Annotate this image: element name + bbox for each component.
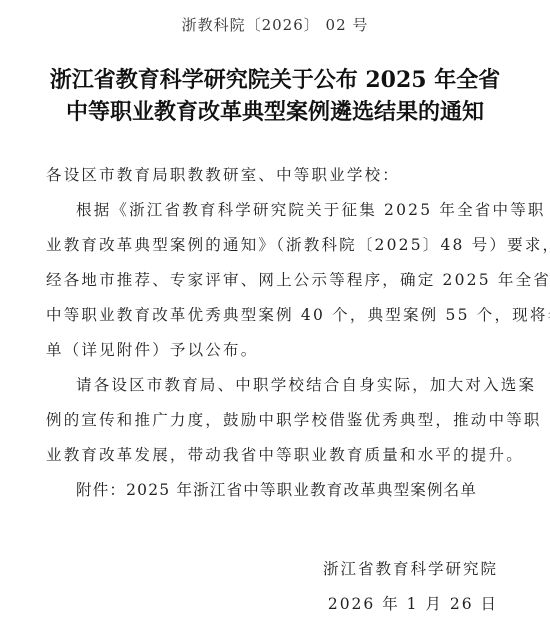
paragraph-2-line: 例的宣传和推广力度，鼓励中职学校借鉴优秀典型，推动中等职 (46, 408, 508, 430)
document-number: 浙教科院〔2026〕 02 号 (0, 14, 550, 35)
paragraph-1-line: 业教育改革典型案例的通知》（浙教科院〔2025〕48 号）要求， (46, 233, 508, 255)
paragraph-1-line: 根据《浙江省教育科学研究院关于征集 2025 年全省中等职 (76, 198, 508, 220)
paragraph-2-line: 业教育改革发展，带动我省中等职业教育质量和水平的提升。 (46, 443, 508, 465)
attachment-note: 附件：2025 年浙江省中等职业教育改革典型案例名单 (76, 478, 508, 500)
title-line-1: 浙江省教育科学研究院关于公布 2025 年全省 (0, 64, 550, 96)
signature-organization: 浙江省教育科学研究院 (323, 557, 498, 579)
paragraph-1-line: 单（详见附件）予以公布。 (46, 338, 508, 360)
paragraph-1-line: 经各地市推荐、专家评审、网上公示等程序，确定 2025 年全省 (46, 268, 508, 290)
document-title: 浙江省教育科学研究院关于公布 2025 年全省 中等职业教育改革典型案例遴选结果… (0, 64, 550, 128)
paragraph-2-line: 请各设区市教育局、中职学校结合自身实际，加大对入选案 (76, 373, 508, 395)
signature-date: 2026 年 1 月 26 日 (328, 592, 498, 614)
title-line-2: 中等职业教育改革典型案例遴选结果的通知 (0, 96, 550, 128)
salutation: 各设区市教育局职教教研室、中等职业学校： (46, 163, 508, 185)
paragraph-1-line: 中等职业教育改革优秀典型案例 40 个，典型案例 55 个，现将名 (46, 303, 508, 325)
